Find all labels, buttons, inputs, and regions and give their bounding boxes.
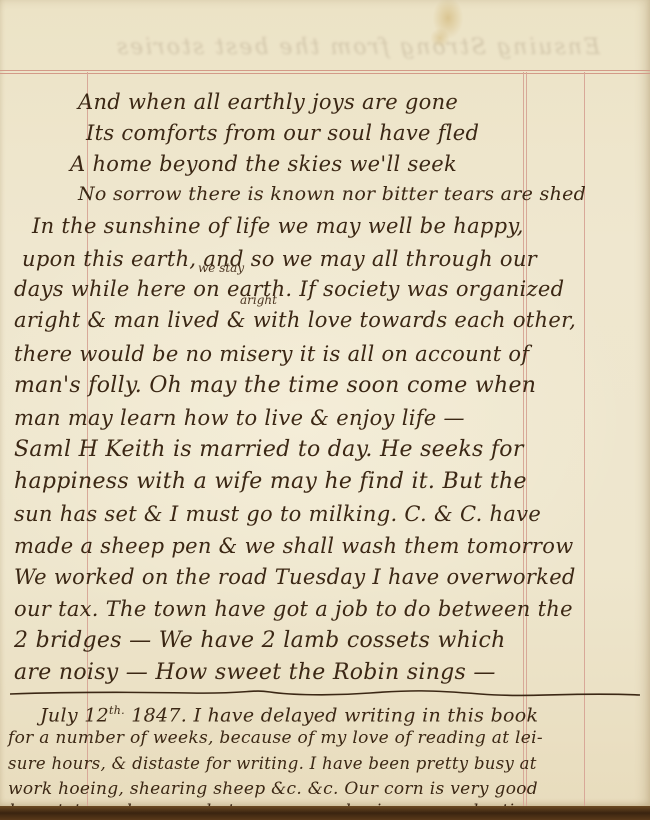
prose-line-15: are noisy — How sweet the Robin sings — xyxy=(14,659,496,687)
prose-line-6: man's folly. Oh may the time soon come w… xyxy=(14,372,536,400)
prose-line-12: We worked on the road Tuesday I have ove… xyxy=(14,563,576,591)
header-rule-top xyxy=(0,70,650,71)
book-binding-edge xyxy=(0,806,650,820)
prose-line-11: made a sheep pen & we shall wash them to… xyxy=(14,532,573,560)
poem-line-1: And when all earthly joys are gone xyxy=(78,88,458,116)
prose-line-2: upon this earth, and so we may all throu… xyxy=(22,245,537,273)
prose-line-7: man may learn how to live & enjoy life — xyxy=(14,404,465,432)
prose-line-1: In the sunshine of life we may well be h… xyxy=(32,212,524,240)
insertion-aright: aright xyxy=(240,293,277,307)
entry2-line-2: for a number of weeks, because of my lov… xyxy=(8,724,543,752)
prose-line-3: days while here on earth. If society was… xyxy=(14,275,564,303)
bleed-through-text: Ensuing Strong from the best stories xyxy=(40,35,600,75)
header-rule-bottom xyxy=(0,73,650,74)
entry2-line-3: sure hours, & distaste for writing. I ha… xyxy=(8,750,537,778)
prose-line-13: our tax. The town have got a job to do b… xyxy=(14,595,573,623)
prose-line-1-text: In the sunshine of life we may well be h… xyxy=(32,214,524,238)
poem-line-4: No sorrow there is known nor bitter tear… xyxy=(78,180,586,208)
prose-line-4: aright & man lived & with love towards e… xyxy=(14,306,576,334)
prose-line-14: 2 bridges — We have 2 lamb cossets which xyxy=(14,627,506,655)
poem-line-3: A home beyond the skies we'll seek xyxy=(70,150,457,178)
prose-line-9: happiness with a wife may he find it. Bu… xyxy=(14,468,527,496)
entry2-date-suffix: th. xyxy=(109,704,125,717)
insertion-we-stay: we stay xyxy=(198,261,244,275)
prose-line-5: there would be no misery it is all on ac… xyxy=(14,340,529,368)
prose-line-8: Saml H Keith is married to day. He seeks… xyxy=(14,436,524,464)
prose-line-10: sun has set & I must go to milking. C. &… xyxy=(14,500,541,528)
poem-line-2: Its comforts from our soul have fled xyxy=(86,119,479,147)
journal-page: Ensuing Strong from the best stories And… xyxy=(0,0,650,808)
